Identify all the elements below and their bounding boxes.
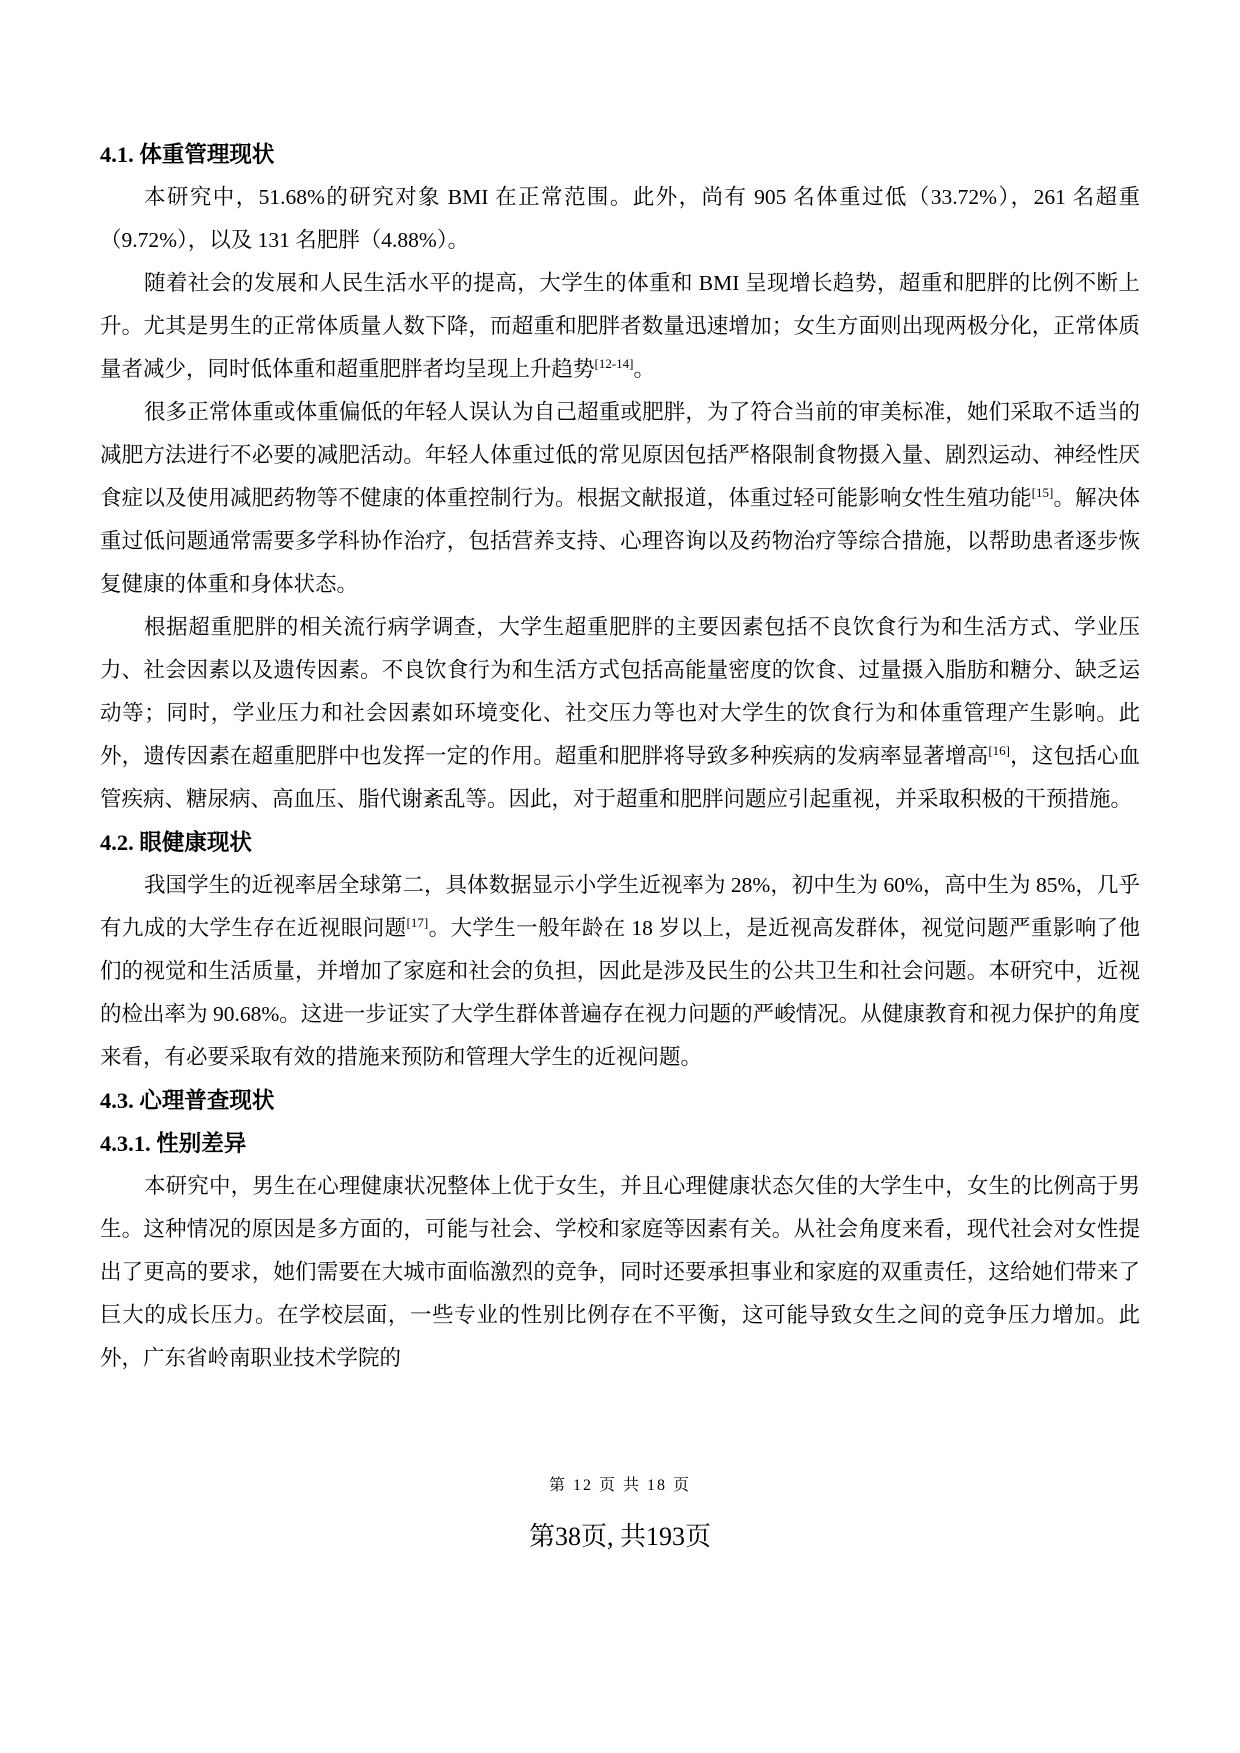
para-underweight: 很多正常体重或体重偏低的年轻人误认为自己超重或肥胖，为了符合当前的审美标准，她们…	[100, 391, 1140, 606]
page-number-footer: 第 12 页 共 18 页	[0, 1472, 1240, 1495]
heading-4-3-1: 4.3.1. 性别差异	[100, 1122, 1140, 1165]
citation-superscript: [17]	[407, 915, 429, 930]
citation-superscript: [15]	[1032, 485, 1054, 500]
page-stamp: 第38页, 共193页	[0, 1516, 1240, 1553]
citation-superscript: [12-14]	[595, 356, 634, 371]
citation-superscript: [16]	[988, 743, 1010, 758]
para-gender-difference: 本研究中，男生在心理健康状况整体上优于女生，并且心理健康状态欠佳的大学生中，女生…	[100, 1165, 1140, 1380]
para-myopia: 我国学生的近视率居全球第二，具体数据显示小学生近视率为 28%，初中生为 60%…	[100, 864, 1140, 1079]
heading-4-2: 4.2. 眼健康现状	[100, 821, 1140, 864]
document-body: 4.1. 体重管理现状本研究中，51.68%的研究对象 BMI 在正常范围。此外…	[100, 133, 1140, 1380]
para-bmi-status: 本研究中，51.68%的研究对象 BMI 在正常范围。此外，尚有 905 名体重…	[100, 176, 1140, 262]
para-bmi-trend: 随着社会的发展和人民生活水平的提高，大学生的体重和 BMI 呈现增长趋势，超重和…	[100, 262, 1140, 391]
heading-4-3: 4.3. 心理普查现状	[100, 1079, 1140, 1122]
para-overweight-factors: 根据超重肥胖的相关流行病学调查，大学生超重肥胖的主要因素包括不良饮食行为和生活方…	[100, 606, 1140, 821]
heading-4-1: 4.1. 体重管理现状	[100, 133, 1140, 176]
document-page: 4.1. 体重管理现状本研究中，51.68%的研究对象 BMI 在正常范围。此外…	[0, 0, 1240, 1753]
